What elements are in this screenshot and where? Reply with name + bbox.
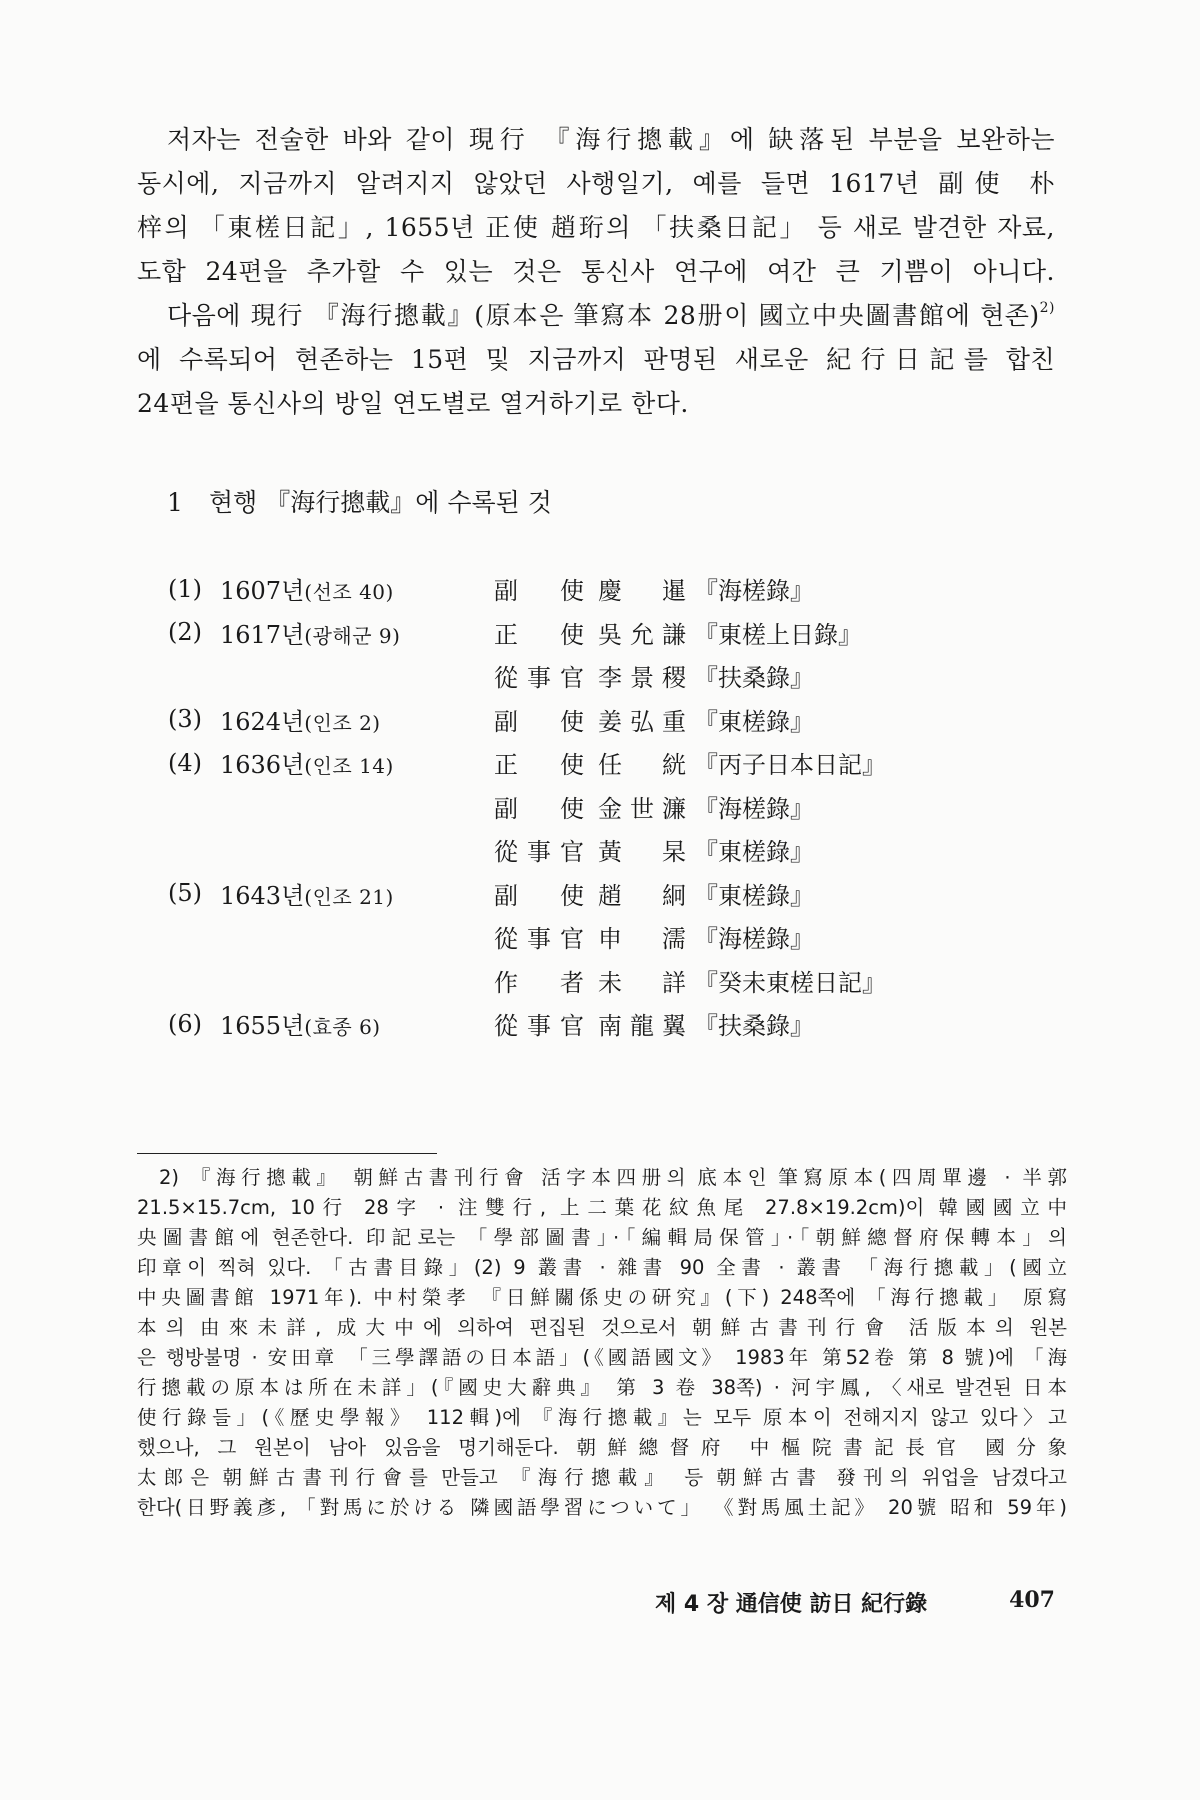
footnote-reference[interactable]: 2) xyxy=(1040,300,1055,316)
entry-index: (6) xyxy=(168,1010,220,1038)
entry-role: 從事官 xyxy=(494,832,586,867)
paragraph-line: 도합 24편을 추가할 수 있는 것은 통신사 연구에 여간 큰 기쁨이 아니다… xyxy=(137,250,1055,294)
entry-year: 1655년(효종 6) xyxy=(220,1006,494,1041)
entry-role: 從事官 xyxy=(494,658,586,693)
footnote-line: 本의 由來未詳, 成大中에 의하여 편집된 것으로서 朝鮮古書刊行會 活版本의 … xyxy=(137,1313,1067,1343)
footnote-line: 21.5×15.7cm, 10行 28字 · 注雙行, 上二葉花紋魚尾 27.8… xyxy=(137,1193,1067,1223)
entry-book-title: 『扶桑錄』 xyxy=(694,658,814,693)
entry-author: 任 絖 xyxy=(598,745,688,780)
entry-index: (2) xyxy=(168,618,220,646)
entry-book-title: 『東槎錄』 xyxy=(694,832,814,867)
entry-year: 1607년(선조 40) xyxy=(220,571,494,606)
entry-book-title: 『扶桑錄』 xyxy=(694,1006,814,1041)
list-item: 從事官 申 濡 『海槎錄』 xyxy=(168,915,928,959)
entry-role: 副 使 xyxy=(494,571,586,606)
entry-book-title: 『海槎錄』 xyxy=(694,571,814,606)
entry-book-title: 『東槎錄』 xyxy=(694,702,814,737)
entry-role: 從事官 xyxy=(494,1006,586,1041)
paragraph-line: 다음에 現行 『海行摠載』(原本은 筆寫本 28册이 國立中央圖書館에 현존)2… xyxy=(137,294,1055,338)
list-item: (3) 1624년(인조 2) 副 使 姜弘重 『東槎錄』 xyxy=(168,698,928,742)
entry-author: 李景稷 xyxy=(598,658,688,693)
entry-role: 作 者 xyxy=(494,963,586,998)
entry-author: 申 濡 xyxy=(598,919,688,954)
entry-author: 趙 絅 xyxy=(598,876,688,911)
entry-author: 慶 暹 xyxy=(598,571,688,606)
list-item: (2) 1617년(광해군 9) 正 使 吳允謙 『東槎上日錄』 xyxy=(168,611,928,655)
list-item: 副 使 金世濂 『海槎錄』 xyxy=(168,785,928,829)
page-number: 407 xyxy=(1009,1587,1055,1618)
footnote-line: 中央圖書館 1971年). 中村榮孝 『日鮮關係史の研究』(下) 248쪽에 「… xyxy=(137,1283,1067,1313)
paragraph-line: 24편을 통신사의 방일 연도별로 열거하기로 한다. xyxy=(137,382,1055,426)
footnote-line: 印章이 찍혀 있다. 「古書目錄」(2) 9 叢書 · 雜書 90 全書 · 叢… xyxy=(137,1253,1067,1283)
entry-author: 姜弘重 xyxy=(598,702,688,737)
entry-year: 1624년(인조 2) xyxy=(220,702,494,737)
running-footer: 제 4 장 通信使 訪日 紀行錄 407 xyxy=(655,1587,1055,1618)
envoy-record-list: (1) 1607년(선조 40) 副 使 慶 暹 『海槎錄』 (2) 1617년… xyxy=(168,567,928,1046)
entry-book-title: 『海槎錄』 xyxy=(694,789,814,824)
entry-author: 黃 杲 xyxy=(598,832,688,867)
entry-year: 1636년(인조 14) xyxy=(220,745,494,780)
entry-year: 1643년(인조 21) xyxy=(220,876,494,911)
entry-role: 副 使 xyxy=(494,876,586,911)
footnote-line: 은 행방불명 · 安田章 「三學譯語の日本語」(《國語國文》 1983年 第52… xyxy=(137,1343,1067,1373)
paragraph-1: 저자는 전술한 바와 같이 現行 『海行摠載』에 缺落된 부분을 보완하는 동시… xyxy=(137,118,1055,294)
footnote-line: 央圖書館에 현존한다. 印記로는 「學部圖書」·「編輯局保管」·「朝鮮總督府保轉… xyxy=(137,1223,1067,1253)
entry-book-title: 『丙子日本日記』 xyxy=(694,745,886,780)
entry-role: 副 使 xyxy=(494,789,586,824)
chapter-title: 제 4 장 通信使 訪日 紀行錄 xyxy=(655,1587,927,1618)
paragraph-2: 다음에 現行 『海行摠載』(原本은 筆寫本 28册이 國立中央圖書館에 현존)2… xyxy=(137,294,1055,426)
section-number: 1 xyxy=(167,483,209,523)
list-item: (4) 1636년(인조 14) 正 使 任 絖 『丙子日本日記』 xyxy=(168,741,928,785)
entry-book-title: 『東槎上日錄』 xyxy=(694,615,862,650)
list-item: 作 者 未 詳 『癸未東槎日記』 xyxy=(168,959,928,1003)
entry-book-title: 『東槎錄』 xyxy=(694,876,814,911)
book-page: 저자는 전술한 바와 같이 現行 『海行摠載』에 缺落된 부분을 보완하는 동시… xyxy=(0,0,1200,1800)
entry-index: (3) xyxy=(168,705,220,733)
entry-role: 從事官 xyxy=(494,919,586,954)
paragraph-text: 다음에 現行 『海行摠載』(原本은 筆寫本 28册이 國立中央圖書館에 현존) xyxy=(167,301,1040,330)
paragraph-line: 동시에, 지금까지 알려지지 않았던 사행일기, 예를 들면 1617년 副使 … xyxy=(137,162,1055,206)
paragraph-line: 에 수록되어 현존하는 15편 및 지금까지 판명된 새로운 紀行日記를 합친 xyxy=(137,338,1055,382)
entry-author: 吳允謙 xyxy=(598,615,688,650)
section-title-text: 현행 『海行摠載』에 수록된 것 xyxy=(209,488,552,517)
entry-author: 南龍翼 xyxy=(598,1006,688,1041)
entry-role: 正 使 xyxy=(494,615,586,650)
entry-index: (5) xyxy=(168,879,220,907)
entry-index: (4) xyxy=(168,749,220,777)
entry-book-title: 『癸未東槎日記』 xyxy=(694,963,886,998)
footnote-2: 2) 『海行摠載』 朝鮮古書刊行會 活字本四册의 底本인 筆寫原本(四周單邊 ·… xyxy=(137,1163,1067,1523)
entry-index: (1) xyxy=(168,575,220,603)
footnote-line: 使行錄들」(《歷史學報》 112輯)에 『海行摠載』는 모두 原本이 전해지지 … xyxy=(137,1403,1067,1433)
entry-author: 金世濂 xyxy=(598,789,688,824)
footnote-divider xyxy=(137,1153,437,1154)
footnote-line: 行摠載の原本は所在未詳」(『國史大辭典』 第 3 卷 38쪽) · 河宇鳳, 〈… xyxy=(137,1373,1067,1403)
paragraph-line: 저자는 전술한 바와 같이 現行 『海行摠載』에 缺落된 부분을 보완하는 xyxy=(137,118,1055,162)
footnote-line: 2) 『海行摠載』 朝鮮古書刊行會 活字本四册의 底本인 筆寫原本(四周單邊 ·… xyxy=(137,1163,1067,1193)
list-item: (6) 1655년(효종 6) 從事官 南龍翼 『扶桑錄』 xyxy=(168,1002,928,1046)
entry-role: 正 使 xyxy=(494,745,586,780)
entry-role: 副 使 xyxy=(494,702,586,737)
entry-year: 1617년(광해군 9) xyxy=(220,615,494,650)
footnote-line: 했으나, 그 원본이 남아 있음을 명기해둔다. 朝鮮總督府 中樞院書記長官 國… xyxy=(137,1433,1067,1463)
list-item: 從事官 黃 杲 『東槎錄』 xyxy=(168,828,928,872)
footnote-line: 한다(日野義彥, 「對馬に於ける 隣國語學習について」 《對馬風土記》 20號 … xyxy=(137,1493,1067,1523)
paragraph-line: 梓의 「東槎日記」, 1655년 正使 趙珩의 「扶桑日記」 등 새로 발견한 … xyxy=(137,206,1055,250)
list-item: (1) 1607년(선조 40) 副 使 慶 暹 『海槎錄』 xyxy=(168,567,928,611)
section-heading: 1현행 『海行摠載』에 수록된 것 xyxy=(167,483,552,523)
list-item: 從事官 李景稷 『扶桑錄』 xyxy=(168,654,928,698)
entry-author: 未 詳 xyxy=(598,963,688,998)
entry-book-title: 『海槎錄』 xyxy=(694,919,814,954)
list-item: (5) 1643년(인조 21) 副 使 趙 絅 『東槎錄』 xyxy=(168,872,928,916)
footnote-line: 太郎은 朝鮮古書刊行會를 만들고 『海行摠載』 등 朝鮮古書 發刊의 위업을 남… xyxy=(137,1463,1067,1493)
